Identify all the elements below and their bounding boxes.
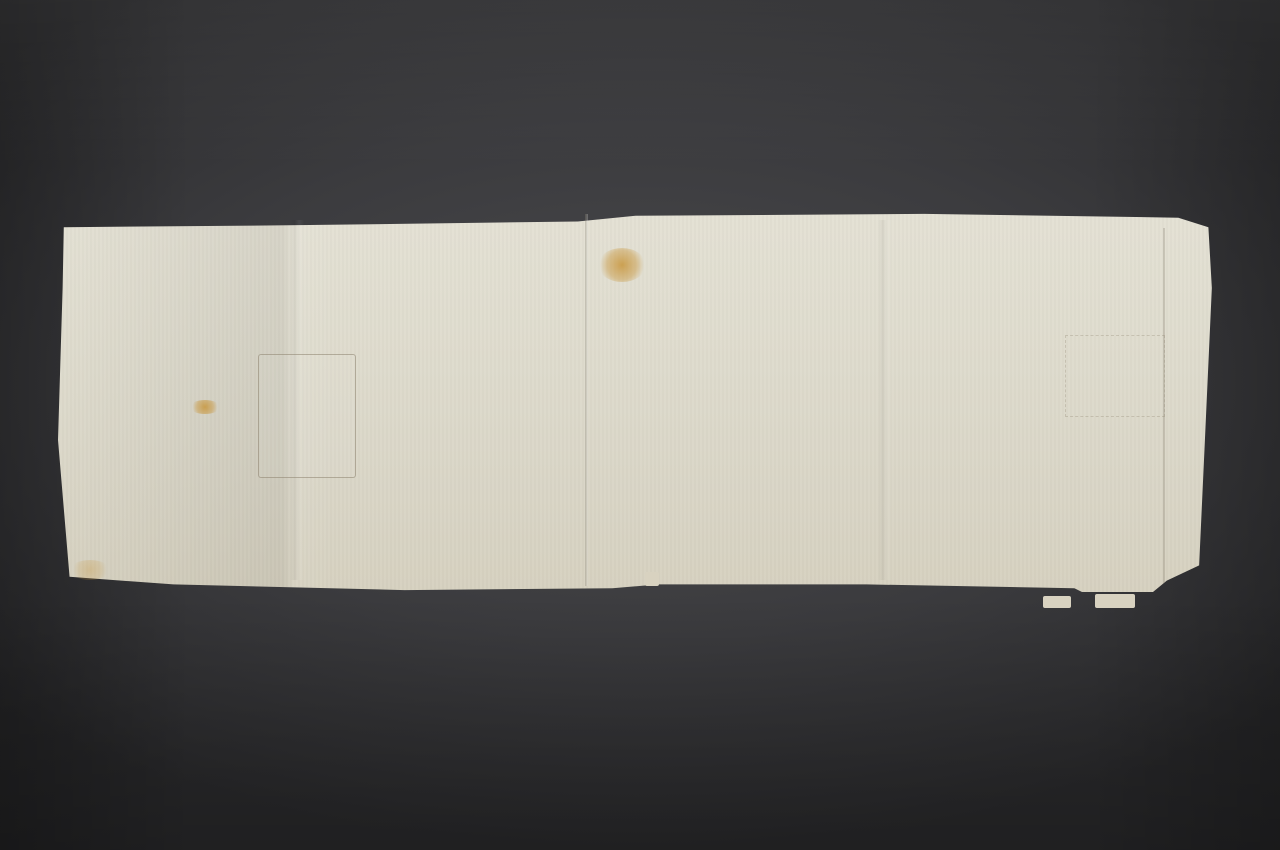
center-seam <box>585 214 588 586</box>
rust-stain <box>598 248 646 282</box>
frayed-edge <box>1095 594 1135 608</box>
embroidered-area <box>1065 335 1165 417</box>
fabric-fold <box>878 220 892 580</box>
frayed-edge <box>645 572 659 586</box>
rust-stain <box>190 400 220 414</box>
stitched-patch <box>258 354 356 478</box>
rust-stain <box>70 560 110 580</box>
frayed-edge <box>1043 596 1071 608</box>
